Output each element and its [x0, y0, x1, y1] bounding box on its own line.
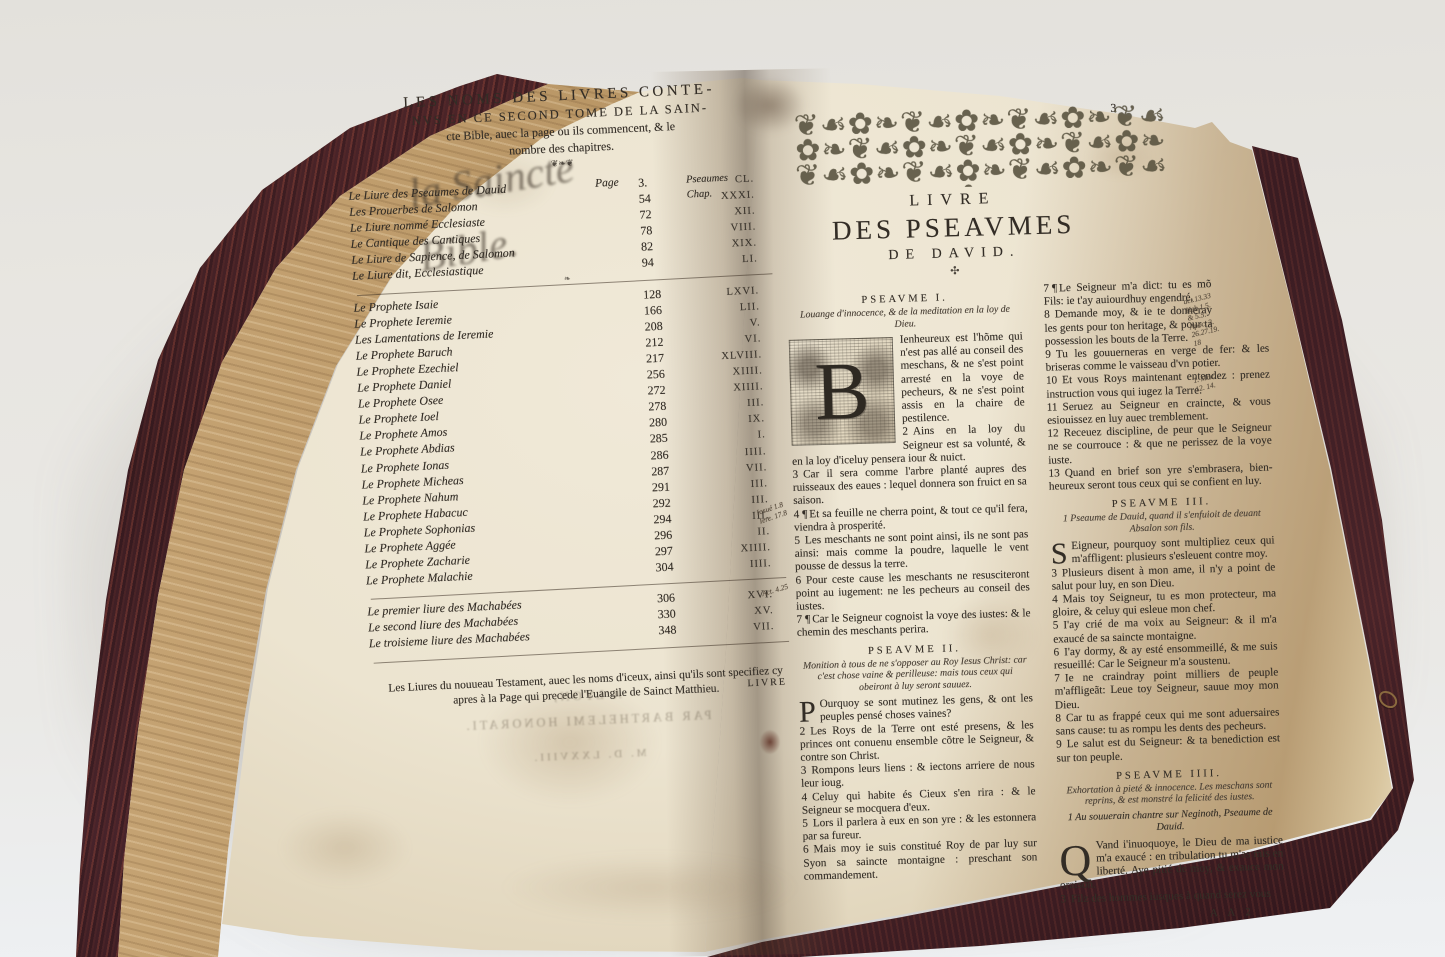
toc-page-number: 208	[604, 318, 675, 336]
verse-number: 9	[1045, 349, 1054, 361]
verse-text: Quand en brief son yre s'embrasera, bien…	[1049, 461, 1273, 492]
verse-number: 4	[801, 791, 810, 803]
psalm-verse: 5Les meschants ne sont point ainsi, ils …	[794, 528, 1029, 574]
verse-text: Pour ceste cause les meschants ne resusc…	[796, 568, 1030, 613]
toc-page-number: 166	[604, 302, 675, 320]
psalm-verse: 12Receuez discipline, de peur que le Sei…	[1047, 422, 1272, 468]
initial-letter: B	[814, 350, 871, 433]
verse-number: 2	[800, 725, 809, 737]
verse-text: Les meschants ne sont point ainsi, ils n…	[795, 528, 1029, 573]
initial-letter: P	[799, 698, 820, 725]
verse-number: 8	[1044, 309, 1053, 321]
psalm-4-superscription: 1 Au souuerain chantre sur Neginoth, Pse…	[1064, 806, 1277, 836]
verse-number: 9	[1056, 739, 1065, 751]
two-column-text-block: Iosué 1.8Iere. 17.8 Act. 4.25 act.13.33H…	[787, 277, 1285, 931]
verse-number: 12	[1047, 428, 1062, 440]
verse-number: 5	[802, 817, 811, 829]
verse-number: 10	[1046, 375, 1061, 387]
psalm-verse: 9Le salut est du Seigneur: & ta benedict…	[1056, 733, 1281, 766]
toc-page-number: 217	[606, 350, 677, 368]
column-label-chap: Chap.	[686, 186, 729, 203]
photo-of-antique-open-bible: la Saincte Bible. LES NOMS DES LIVRES CO…	[0, 0, 1445, 957]
toc-page-number: 287	[611, 463, 682, 481]
verse-number: 3	[1060, 893, 1069, 905]
verse-number: 2	[902, 426, 911, 438]
toc-page-number: 304	[615, 559, 686, 577]
toc-section-prophets: Le Prophete Isaie 128 LXVI. Le Prophete …	[353, 281, 796, 590]
verse-number: 6	[795, 574, 804, 586]
column-label-page: Page	[595, 177, 619, 190]
toc-page-number: 285	[610, 431, 681, 449]
psalm-3-argument: 1 Pseaume de Dauid, quand il s'enfuioit …	[1054, 508, 1271, 537]
book-title-line2: DES PSEAVMES	[785, 208, 1122, 248]
verse-number: 6	[803, 844, 812, 856]
toc-page-number: 286	[610, 447, 681, 465]
toc-page-number: 78	[600, 223, 671, 241]
verse-number: 6	[1053, 646, 1062, 658]
initial-letter: S	[1050, 540, 1071, 567]
psalm-verse: 8Demande moy, & ie te donneray les gents…	[1044, 303, 1269, 349]
column-label-chapters: Pseaumes Chap.	[686, 171, 729, 203]
psalm-4-argument: Exhortation à pieté & innocence. Les mes…	[1061, 779, 1278, 808]
left-page-content: la Saincte Bible. LES NOMS DES LIVRES CO…	[344, 78, 801, 711]
psalm-4-verse-1: QVand i'inuoquoye, le Dieu de ma iustice…	[1059, 834, 1284, 893]
verse-text: Car le Seigneur cognoist la voye des ius…	[797, 608, 1031, 640]
toc-page-number: 306	[617, 590, 688, 608]
verse-number: 13	[1048, 467, 1063, 479]
verse-number: 4	[1052, 593, 1061, 605]
toc-page-number: 72	[599, 207, 670, 225]
psalm-2-verses-continued: 9Tu les gouuerneras en verge de fer: & l…	[1045, 343, 1273, 494]
toc-page-number: 278	[608, 398, 679, 416]
psalm-verse: 6Mais moy ie suis constitué Roy de par l…	[803, 838, 1038, 884]
verse-text: Car il sera comme l'arbre planté aupres …	[793, 462, 1027, 507]
verse-number: 11	[1047, 401, 1061, 413]
verse-number: 3	[801, 765, 810, 777]
table-of-contents: Page Pseaumes Chap. Le Liure des Pseaume…	[348, 167, 799, 668]
toc-page-number: 272	[607, 382, 678, 400]
verse-number: 7	[796, 614, 805, 626]
toc-page-number: 348	[618, 622, 689, 640]
verse-text: Receuez discipline, de peur que le Seign…	[1048, 422, 1272, 467]
verse-number: 3	[1051, 567, 1060, 579]
psalm-2-verses-beside-notes: 7¶Le Seigneur m'a dict: tu es mõ Fils: i…	[1043, 277, 1269, 349]
verse-number: 5	[794, 535, 803, 547]
toc-page-number: 128	[603, 286, 674, 304]
psalm-1-verses: 2Ains en la loy du Seigneur est sa volun…	[791, 423, 1031, 641]
toc-page-number: 330	[617, 606, 688, 624]
initial-letter: Q	[1059, 839, 1097, 879]
verse-number: 8	[1055, 712, 1064, 724]
verse-number: 7	[1043, 283, 1052, 295]
toc-page-number: 297	[615, 543, 686, 561]
book-title: LIVRE DES PSEAVMES DE DAVID. ✣	[785, 187, 1123, 282]
verse-text: Les Roys de la Terre ont esté presens, &…	[800, 719, 1034, 764]
right-page-content: 3 ❦☙✿❧❦☙✿❧❦☙✿❧❦☙✿❧❦☙✿❧❦☙✿❧❦☙✿❧❦☙✿❧❦☙✿❧❦☙…	[782, 84, 1310, 930]
psalm-1-argument: Louange d'innocence, & de la meditation …	[792, 303, 1019, 332]
verse-number: 7	[1054, 673, 1063, 685]
verse-text: Le salut est du Seigneur: & ta benedicti…	[1056, 733, 1280, 764]
psalm-verse: 3Car il sera comme l'arbre planté aupres…	[792, 462, 1027, 508]
woodcut-headpiece-ornament: ❦☙✿❧❦☙✿❧❦☙✿❧❦☙✿❧❦☙✿❧❦☙✿❧❦☙✿❧❦☙✿❧❦☙✿❧❦☙✿❧…	[790, 103, 1171, 192]
psalm-verse: 7¶Car le Seigneur cognoist la voye des i…	[796, 608, 1031, 641]
psalm-3-verses: 3Plusieurs disent à mon ame, il n'y a po…	[1051, 561, 1280, 765]
psalm-verse: 6Pour ceste cause les meschants ne resus…	[795, 568, 1030, 614]
column-label-pseaumes: Pseaumes	[686, 171, 729, 188]
psalm-2-argument: Monition à tous de ne s'opposer au Roy I…	[802, 654, 1029, 695]
toc-page-number: 212	[605, 334, 676, 352]
verse-number: 5	[1053, 620, 1062, 632]
verse-number: 4	[793, 508, 802, 520]
verse-text: Mais moy ie suis constitué Roy de par lu…	[803, 838, 1037, 883]
text-column-1: PSEAVME I. Louange d'innocence, & de la …	[787, 283, 1039, 930]
toc-page-number: 82	[601, 239, 672, 257]
psalm-verse: 13Quand en brief son yre s'embrasera, bi…	[1048, 461, 1273, 494]
verse-text: Ie ne craindray point milliers de peuple…	[1055, 667, 1279, 712]
toc-page-number: 292	[612, 495, 683, 513]
toc-page-number: 291	[612, 479, 683, 497]
psalm-verse: 2Les Roys de la Terre ont esté presens, …	[800, 719, 1035, 765]
toc-page-number: 294	[613, 511, 684, 529]
verse-number: 3	[792, 469, 801, 481]
psalm-2-verses: 2Les Roys de la Terre ont esté presens, …	[800, 719, 1038, 884]
toc-page-number: 296	[614, 527, 685, 545]
woodcut-initial-B: B	[789, 337, 896, 446]
psalm-verse: 7Ie ne craindray point milliers de peupl…	[1054, 667, 1279, 713]
toc-page-number: 280	[609, 414, 680, 432]
text-column-2: 7¶Le Seigneur m'a dict: tu es mõ Fils: i…	[1043, 277, 1285, 924]
toc-page-number: 54	[599, 190, 670, 208]
toc-page-number: 256	[607, 366, 678, 384]
